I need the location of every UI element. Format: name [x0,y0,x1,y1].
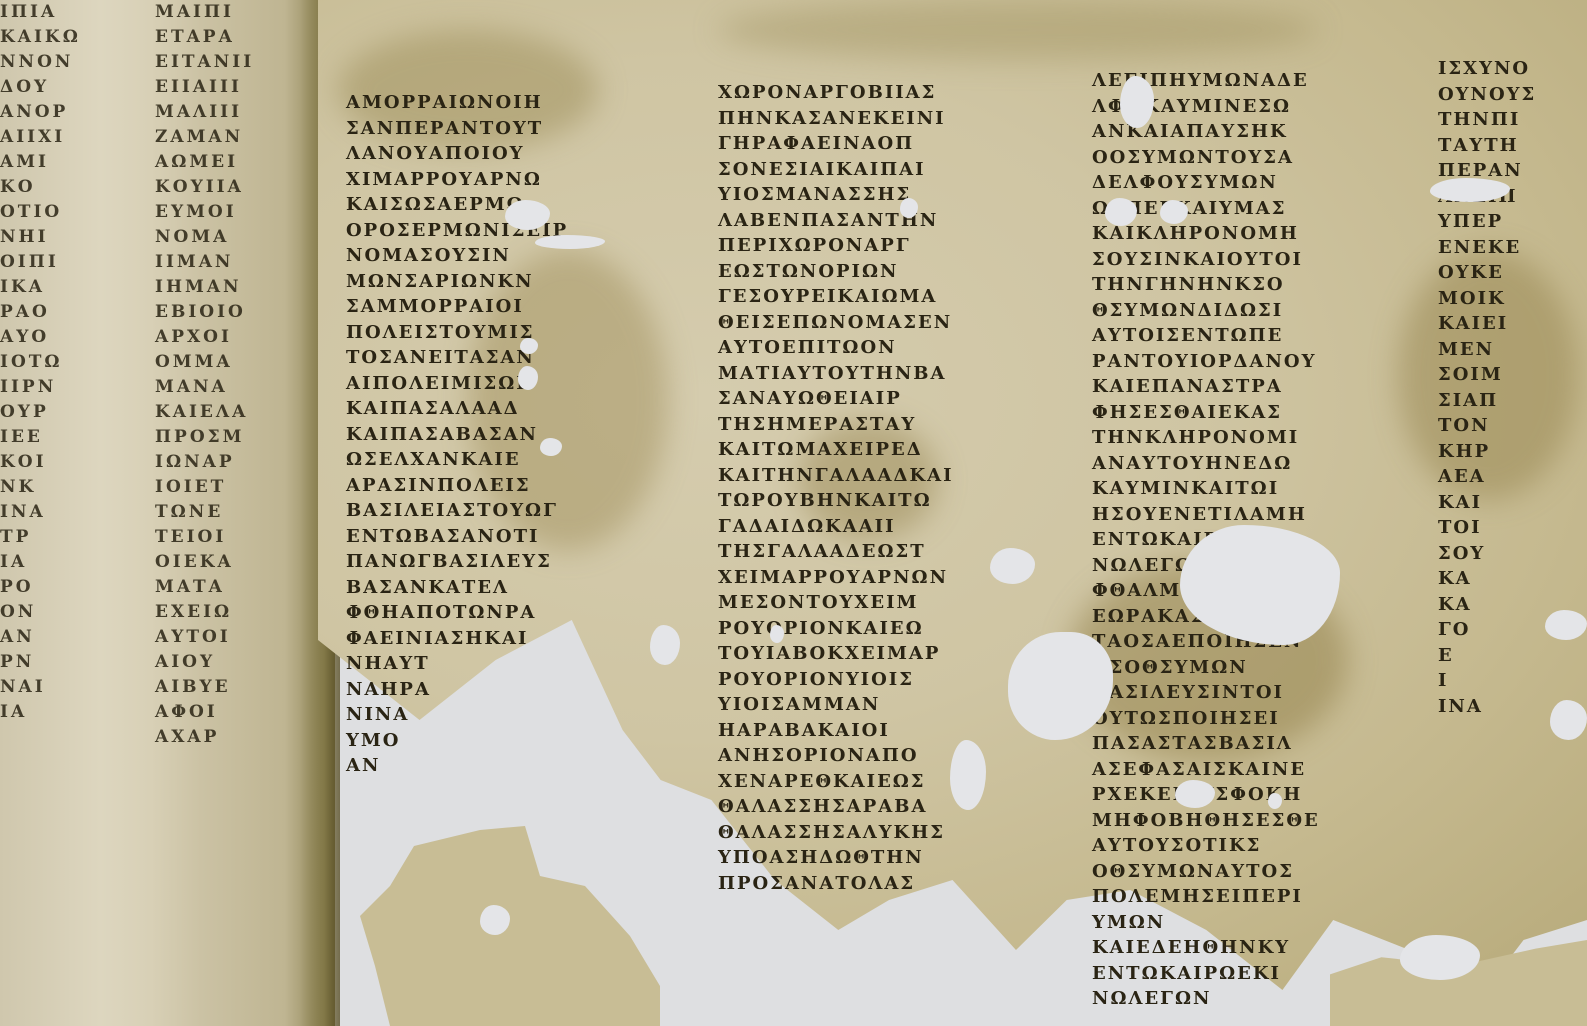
text-line: ΕΤΑΡΑ [155,25,254,50]
text-line: ΑΦΟΙ [155,700,254,725]
text-line: ΙΗΜΑΝ [155,275,254,300]
text-column-left-outer: ΙΠΙΑΚΑΙΚΩΝΝΟΝΔΟΥΑΝΟΡΑΙΙΧΙΑΜΙΚΟΟΤΙΟΝΗΙΟΙΠ… [0,0,81,725]
text-line: ΡΑΝΤΟΥΙΟΡΔΑΝΟΥ [1092,349,1320,375]
text-line: ΑΝΟΡ [0,100,81,125]
text-line: ΓΕΣΟΥΡΕΙΚΑΙΩΜΑ [718,284,954,310]
text-line: ΟΥΤΩΣΠΟΙΗΣΕΙ [1092,706,1320,732]
text-line: ΝΗΙ [0,225,81,250]
text-line: ΕΒΙΟΙΟ [155,300,254,325]
text-line: ΧΩΡΟΝΑΡΓΟΒΙΙΑΣ [718,80,954,106]
text-line: ΛΑΝΟΥΑΠΟΙΟΥ [346,141,568,167]
text-line: ΑΙΙΧΙ [0,125,81,150]
text-line: ΙΝΑ [1438,694,1536,720]
text-line: ΡΟΥΟΡΙΟΝΥΙΟΙΣ [718,667,954,693]
text-line: ΣΑΝΑΥΩΘΕΙΑΙΡ [718,386,954,412]
text-line: ΚΟ [0,175,81,200]
text-line: ΟΤΙΟ [0,200,81,225]
text-line: ΝΩΛΕΓΩΝ [1092,986,1320,1012]
text-column-1: ΑΜΟΡΡΑΙΩΝΟΙΗΣΑΝΠΕΡΑΝΤΟΥΤΛΑΝΟΥΑΠΟΙΟΥΧΙΜΑΡ… [346,90,568,779]
text-line: ΝΟΜΑ [155,225,254,250]
text-line: ΚΣΟΘΣΥΜΩΝ [1092,655,1320,681]
text-line: ΑΥΤΟΥΣΟΤΙΚΣ [1092,833,1320,859]
text-line: ΙΣΧΥΝΟ [1438,56,1536,82]
text-line: ΑΡΑΣΙΝΠΟΛΕΙΣ [346,473,568,499]
text-line: ΤΗΝΓΗΝΗΝΚΣΟ [1092,272,1320,298]
text-line: ΡΟΥΟΡΙΟΝΚΑΙΕΩ [718,616,954,642]
text-line: ΑΝΗΣΟΡΙΟΝΑΠΟ [718,743,954,769]
text-line: ΗΑΡΑΒΑΚΑΙΟΙ [718,718,954,744]
text-line: ΟΝ [0,600,81,625]
text-line: ΧΕΝΑΡΕΘΚΑΙΕΩΣ [718,769,954,795]
text-line: ΟΘΣΥΜΩΝΑΥΤΟΣ [1092,859,1320,885]
text-line: ΥΙΟΣΜΑΝΑΣΣΗΣ [718,182,954,208]
text-line: ΝΗΑΥΤ [346,651,568,677]
text-line: ΣΑΝΠΕΡΑΝΤΟΥΤ [346,116,568,142]
text-line: ΩΣΕΛΧΑΝΚΑΙΕ [346,447,568,473]
text-line: ΕΝΤΩΚΑΙΡΩΕΚΙ [1092,961,1320,987]
text-line: ΧΙΜΑΡΡΟΥΑΡΝΩ [346,167,568,193]
text-line: ΑΝ [346,753,568,779]
text-line: ΠΟΛΕΜΗΣΕΙΠΕΡΙ [1092,884,1320,910]
text-line: ΣΟΥ [1438,541,1536,567]
text-line: ΚΑΙΕΙ [1438,311,1536,337]
text-line: ΚΑΙΕΛΑ [155,400,254,425]
text-line: ΕΥΜΟΙ [155,200,254,225]
text-line: ΑΣΕΦΑΣΑΙΣΚΑΙΝΕ [1092,757,1320,783]
text-line: ΑΝΑΥΤΟΥΗΝΕΔΩ [1092,451,1320,477]
text-line: ΟΙΕΚΑ [155,550,254,575]
text-line: ΜΑΛΙΙΙ [155,100,254,125]
text-line: ΦΘΗΑΠΟΤΩΝΡΑ [346,600,568,626]
text-line: ΑΥΤΟΙΣΕΝΤΩΠΕ [1092,323,1320,349]
text-line: ΚΑΥΜΙΝΚΑΙΤΩΙ [1092,476,1320,502]
text-line: ΤΩΡΟΥΒΗΝΚΑΙΤΩ [718,488,954,514]
text-line: ΕΩΣΤΩΝΟΡΙΩΝ [718,259,954,285]
text-line: ΗΣΟΥΕΝΕΤΙΛΑΜΗ [1092,502,1320,528]
text-line: ΟΙΠΙ [0,250,81,275]
text-line: ΕΝΤΩΒΑΣΑΝΟΤΙ [346,524,568,550]
text-line: ΛΑΒΕΝΠΑΣΑΝΤΗΝ [718,208,954,234]
text-line: ΝΚ [0,475,81,500]
text-line: ΕΙΤΑΝΙΙ [155,50,254,75]
text-column-4: ΙΣΧΥΝΟΟΥΝΟΥΣΤΗΝΠΙΤΑΥΤΗΠΕΡΑΝΑΝΕΙΠΥΠΕΡΕΝΕΚ… [1438,56,1536,719]
text-line: ΜΑΙΠΙ [155,0,254,25]
text-line: ΕΧΕΙΩ [155,600,254,625]
text-line: ΚΑΙΠΑΣΑΛΑΑΔ [346,396,568,422]
water-stain [718,0,1318,60]
text-line: ΤΟΝ [1438,413,1536,439]
text-line: ΑΩΜΕΙ [155,150,254,175]
text-line: ΣΟΝΕΣΙΑΙΚΑΙΠΑΙ [718,157,954,183]
text-line: ΟΟΣΥΜΩΝΤΟΥΣΑ [1092,145,1320,171]
text-line: ΝΑΗΡΑ [346,677,568,703]
text-line: ΡΑΟ [0,300,81,325]
text-line: ΘΑΛΑΣΣΗΣΑΡΑΒΑ [718,794,954,820]
text-line: Ε [1438,643,1536,669]
text-line: ΚΑ [1438,592,1536,618]
text-line: ΝΙΝΑ [346,702,568,728]
text-line: ΡΝ [0,650,81,675]
text-line: ΓΗΡΑΦΑΕΙΝΑΟΠ [718,131,954,157]
text-line: ΟΥΡ [0,400,81,425]
text-line: ΔΕΛΦΟΥΣΥΜΩΝ [1092,170,1320,196]
text-line: ΥΠΟΑΣΗΔΩΘΤΗΝ [718,845,954,871]
text-line: ΤΕΙΟΙ [155,525,254,550]
text-line: ΖΑΜΑΝ [155,125,254,150]
text-line: ΙΝΑ [0,500,81,525]
text-line: ΟΜΜΑ [155,350,254,375]
text-line: ΜΕΝ [1438,337,1536,363]
text-line: ΕΝΕΚΕ [1438,235,1536,261]
text-line: ΚΗΡ [1438,439,1536,465]
text-line: ΤΟΙ [1438,515,1536,541]
text-line: ΜΗΦΟΒΗΘΗΣΕΣΘΕ [1092,808,1320,834]
text-line: ΘΑΛΑΣΣΗΣΑΛΥΚΗΣ [718,820,954,846]
text-line: ΠΑΣΑΣΤΑΣΒΑΣΙΛ [1092,731,1320,757]
text-line: ΑΙΟΥ [155,650,254,675]
text-line: ΧΕΙΜΑΡΡΟΥΑΡΝΩΝ [718,565,954,591]
text-line: ΙΩΝΑΡ [155,450,254,475]
text-line: ΑΕΑ [1438,464,1536,490]
text-line: ΙΑ [0,550,81,575]
text-line: ΠΕΡΙΧΩΡΟΝΑΡΓ [718,233,954,259]
text-line: ΒΑΣΙΛΕΥΣΙΝΤΟΙ [1092,680,1320,706]
text-line: ΚΟΥΙΙΑ [155,175,254,200]
text-line: ΥΠΕΡ [1438,209,1536,235]
text-line: ΤΗΝΠΙ [1438,107,1536,133]
text-line: ΘΕΙΣΕΠΩΝΟΜΑΣΕΝ [718,310,954,336]
text-line: ΑΙΒΥΕ [155,675,254,700]
text-line: ΤΑΥΤΗ [1438,133,1536,159]
text-line: ΠΡΟΣΑΝΑΤΟΛΑΣ [718,871,954,897]
text-line: ΘΣΥΜΩΝΔΙΔΩΣΙ [1092,298,1320,324]
manuscript-photo: ΙΠΙΑΚΑΙΚΩΝΝΟΝΔΟΥΑΝΟΡΑΙΙΧΙΑΜΙΚΟΟΤΙΟΝΗΙΟΙΠ… [0,0,1587,1026]
text-line: ΡΟ [0,575,81,600]
text-line: ΑΧΑΡ [155,725,254,750]
text-line: ΥΜΟ [346,728,568,754]
text-line: ΤΗΣΓΑΛΑΑΔΕΩΣΤ [718,539,954,565]
text-line: ΜΕΣΟΝΤΟΥΧΕΙΜ [718,590,954,616]
text-line: ΠΗΝΚΑΣΑΝΕΚΕΙΝΙ [718,106,954,132]
text-line: ΚΑΙΤΩΜΑΧΕΙΡΕΔ [718,437,954,463]
text-line: ΜΟΙΚ [1438,286,1536,312]
text-line: ΒΑΣΙΛΕΙΑΣΤΟΥΩΓ [346,498,568,524]
text-line: ΤΗΣΗΜΕΡΑΣΤΑΥ [718,412,954,438]
text-line: ΔΟΥ [0,75,81,100]
text-line: ΙΙΜΑΝ [155,250,254,275]
text-line: ΟΥΚΕ [1438,260,1536,286]
text-line: ΤΩΝΕ [155,500,254,525]
text-line: ΒΑΣΑΝΚΑΤΕΛ [346,575,568,601]
text-line: ΣΟΥΣΙΝΚΑΙΟΥΤΟΙ [1092,247,1320,273]
text-line: ΑΥΤΟΙ [155,625,254,650]
text-line: ΟΥΝΟΥΣ [1438,82,1536,108]
text-line: ΥΙΟΙΣΑΜΜΑΝ [718,692,954,718]
text-line: ΚΑΙΕΔΕΗΘΗΝΚΥ [1092,935,1320,961]
text-line: ΝΟΜΑΣΟΥΣΙΝ [346,243,568,269]
text-line: ΑΥΤΟΕΠΙΤΩΟΝ [718,335,954,361]
text-line: ΜΑΤΑ [155,575,254,600]
text-line: ΠΑΝΩΓΒΑΣΙΛΕΥΣ [346,549,568,575]
text-line: ΚΑΙΠΑΣΑΒΑΣΑΝ [346,422,568,448]
text-line: ΤΟΥΙΑΒΟΚΧΕΙΜΑΡ [718,641,954,667]
text-line: ΚΑ [1438,566,1536,592]
text-line: ΙΟΤΩ [0,350,81,375]
text-line: ΣΟΙΜ [1438,362,1536,388]
text-line: ΣΑΜΜΟΡΡΑΙΟΙ [346,294,568,320]
text-line: ΦΗΣΕΣΘΑΙΕΚΑΣ [1092,400,1320,426]
text-line: ΚΑΙΚΩ [0,25,81,50]
text-line: ΕΙΙΑΙΙΙ [155,75,254,100]
text-line: ΙΠΙΑ [0,0,81,25]
text-line: ΜΩΝΣΑΡΙΩΝΚΝ [346,269,568,295]
text-line: ΓΟ [1438,617,1536,643]
text-line: ΑΝ [0,625,81,650]
text-line: ΑΡΧΟΙ [155,325,254,350]
text-line: ΦΑΕΙΝΙΑΣΗΚΑΙ [346,626,568,652]
text-line: ΜΑΝΑ [155,375,254,400]
text-line: ΙΚΑ [0,275,81,300]
text-line: ΑΜΙ [0,150,81,175]
text-line: ΓΑΔΑΙΔΩΚΑΑΙΙ [718,514,954,540]
text-line: ΑΥΟ [0,325,81,350]
text-line: ΚΑΙ [1438,490,1536,516]
text-line: ΙΟΙΕΤ [155,475,254,500]
text-line: ΚΑΙΕΠΑΝΑΣΤΡΑ [1092,374,1320,400]
text-line: ΥΜΩΝ [1092,910,1320,936]
text-line: ΚΟΙ [0,450,81,475]
text-line: ΠΡΟΣΜ [155,425,254,450]
text-column-2: ΧΩΡΟΝΑΡΓΟΒΙΙΑΣΠΗΝΚΑΣΑΝΕΚΕΙΝΙΓΗΡΑΦΑΕΙΝΑΟΠ… [718,80,954,896]
text-line: ΚΑΙΤΗΝΓΑΛΑΑΔΚΑΙ [718,463,954,489]
text-line: ΙΑ [0,700,81,725]
text-line: ΑΜΟΡΡΑΙΩΝΟΙΗ [346,90,568,116]
text-line: ΙΙΡΝ [0,375,81,400]
text-line: ΤΡ [0,525,81,550]
text-line: ΜΑΤΙΑΥΤΟΥΤΗΝΒΑ [718,361,954,387]
text-line: ΤΗΝΚΛΗΡΟΝΟΜΙ [1092,425,1320,451]
text-line: ΝΑΙ [0,675,81,700]
text-line: Ι [1438,668,1536,694]
text-line: ΣΙΑΠ [1438,388,1536,414]
text-line: ΝΝΟΝ [0,50,81,75]
text-line: ΙΕΕ [0,425,81,450]
text-column-left-inner: ΜΑΙΠΙΕΤΑΡΑΕΙΤΑΝΙΙΕΙΙΑΙΙΙΜΑΛΙΙΙΖΑΜΑΝΑΩΜΕΙ… [155,0,254,750]
